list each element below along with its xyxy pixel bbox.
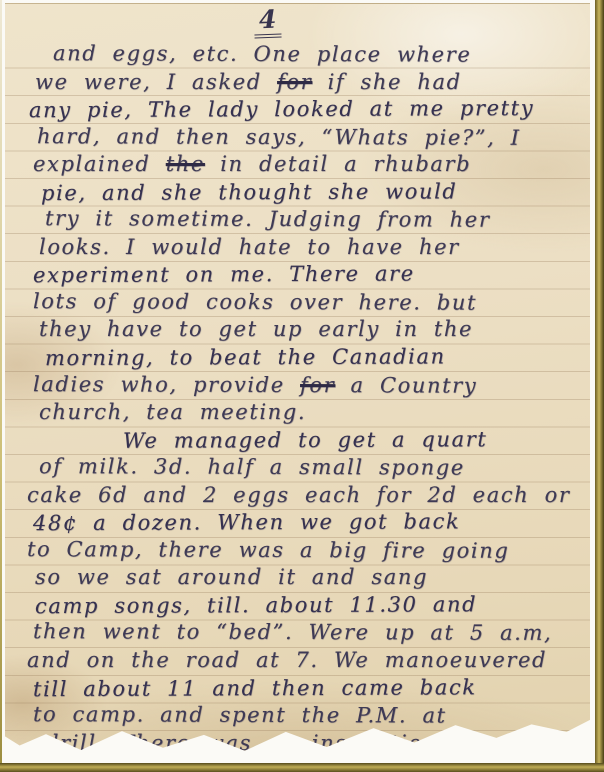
scanned-letter-page: 4 and eggs, etc. One place wherewe were,… [0, 0, 604, 772]
letter-line: 48¢ a dozen. When we got back [5, 508, 590, 538]
letter-line: till about 11 and then came back [5, 673, 590, 703]
crossed-out-word: the [166, 152, 205, 176]
letter-line: ladies who, provide for a Country [5, 371, 590, 401]
letter-line: so we sat around it and sang [5, 564, 590, 592]
letter-line: of milk. 3d. half a small sponge [5, 453, 590, 483]
letter-line: try it sometime. Judging from her [5, 205, 590, 235]
letter-line: cake 6d and 2 eggs each for 2d each or [5, 482, 590, 510]
crossed-out-word: for [300, 373, 335, 397]
page-number: 4 [253, 5, 282, 39]
letter-line: pie, and she thought she would [5, 177, 590, 207]
letter-line: experiment on me. There are [5, 260, 590, 290]
letter-line: any pie, The lady looked at me pretty [5, 95, 590, 125]
crossed-out-word: for [277, 70, 312, 94]
letter-line: then went to “bed”. Were up at 5 a.m, [5, 618, 590, 648]
letter-line: and eggs, etc. One place where [5, 40, 590, 70]
letter-line: to camp. and spent the P.M. at [5, 701, 590, 731]
letter-line: morning, to beat the Canadian [5, 343, 590, 373]
frame-edge-left [0, 0, 2, 772]
letter-line: We managed to get a quart [5, 425, 590, 455]
letter-line: lots of good cooks over here. but [5, 288, 590, 318]
letter-line: they have to get up early in the [5, 316, 590, 344]
letter-line: hard, and then says, “Whats pie?”, I [5, 123, 590, 153]
frame-edge-bottom [0, 763, 604, 772]
letter-line: drill. There was an inspection [5, 730, 590, 758]
letter-lines: and eggs, etc. One place wherewe were, I… [5, 41, 590, 757]
letter-line: looks. I would hate to have her [5, 234, 590, 262]
letter-line: we were, I asked for if she had [5, 69, 590, 97]
letter-line: to Camp, there was a big fire going [5, 536, 590, 566]
letter-paper: 4 and eggs, etc. One place wherewe were,… [5, 3, 590, 756]
letter-line: camp songs, till. about 11.30 and [5, 591, 590, 621]
letter-line: explained the in detail a rhubarb [5, 151, 590, 179]
letter-line: and on the road at 7. We manoeuvered [5, 647, 590, 675]
letter-line: church, tea meeting. [5, 399, 590, 427]
frame-edge-right [595, 0, 604, 772]
